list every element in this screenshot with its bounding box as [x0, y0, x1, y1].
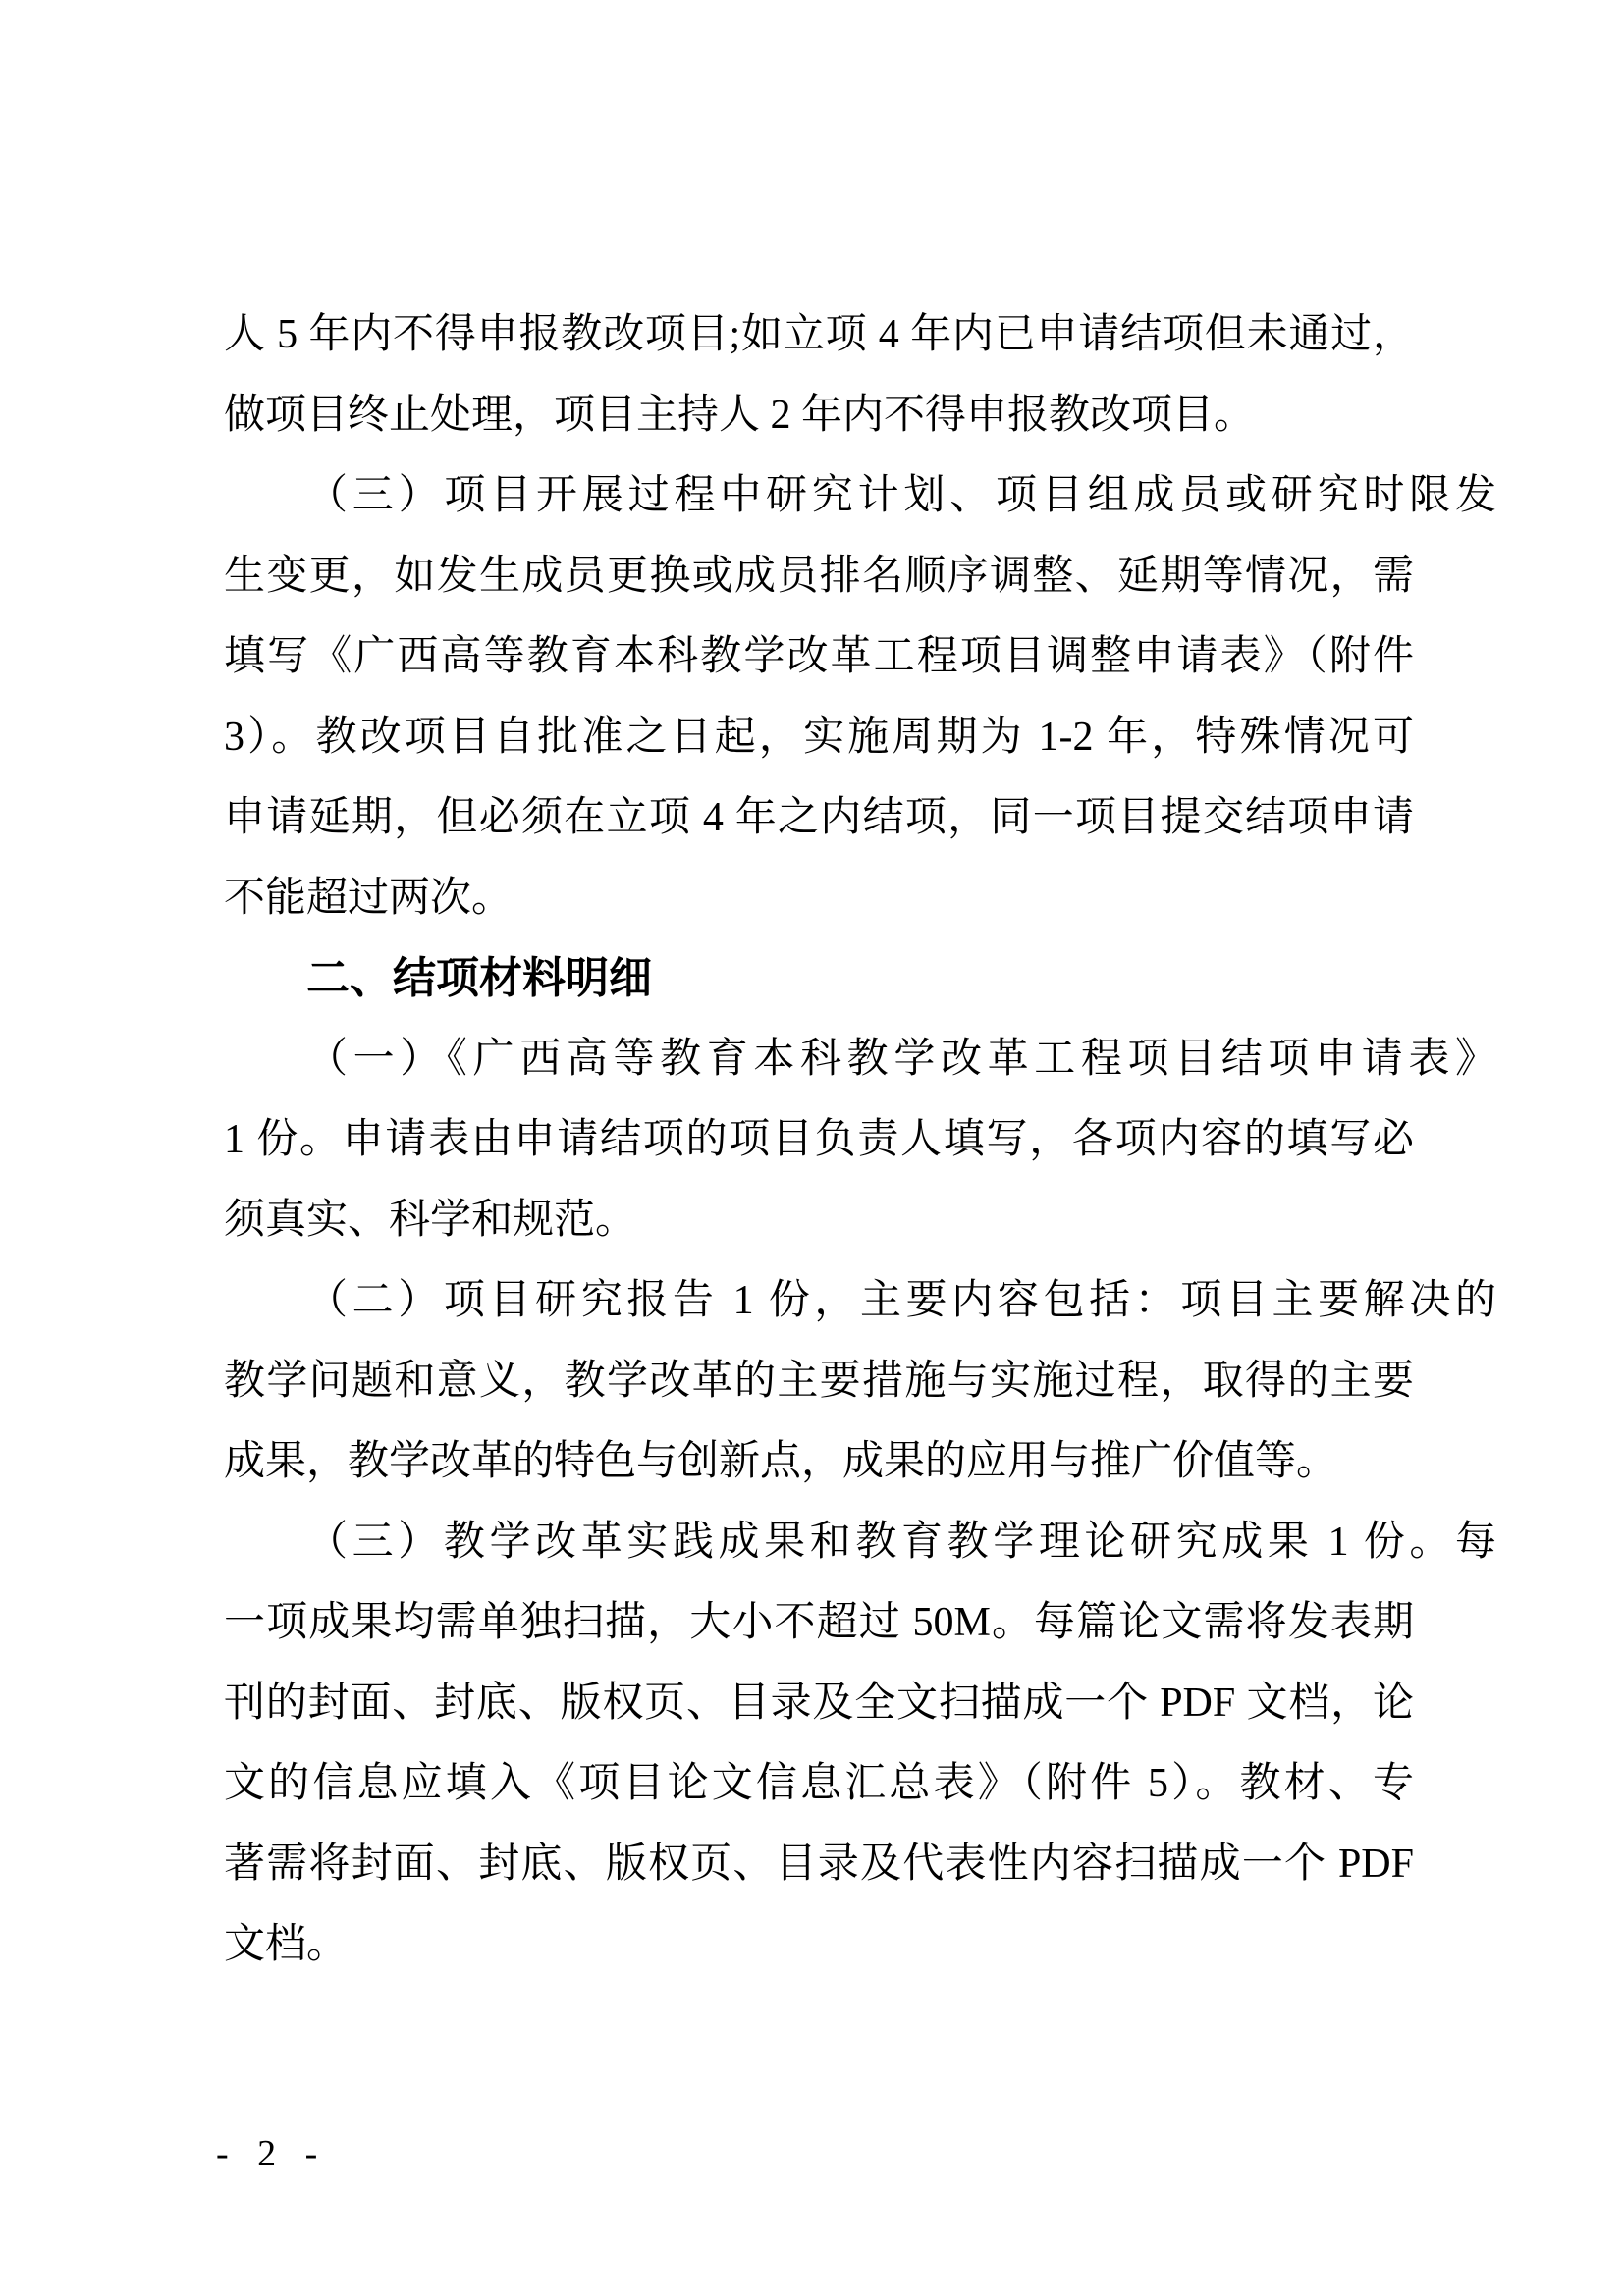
text-line: 教学问题和意义，教学改革的主要措施与实施过程，取得的主要	[224, 1341, 1414, 1421]
text-line: 生变更，如发生成员更换或成员排名顺序调整、延期等情况，需	[224, 536, 1414, 616]
paragraph: 人 5 年内不得申报教改项目;如立项 4 年内已申请结项但未通过，做项目终止处理…	[224, 294, 1414, 455]
text-line: 成果，教学改革的特色与创新点，成果的应用与推广价值等。	[224, 1421, 1414, 1502]
text-line: （一）《广西高等教育本科教学改革工程项目结项申请表》	[224, 1019, 1496, 1099]
text-line: 文档。	[224, 1904, 1414, 1985]
text-line: （二）项目研究报告 1 份，主要内容包括：项目主要解决的	[224, 1260, 1496, 1341]
document-page: 人 5 年内不得申报教改项目;如立项 4 年内已申请结项但未通过，做项目终止处理…	[0, 0, 1624, 2296]
paragraph: （三）项目开展过程中研究计划、项目组成员或研究时限发生变更，如发生成员更换或成员…	[224, 455, 1414, 938]
text-line: 人 5 年内不得申报教改项目;如立项 4 年内已申请结项但未通过，	[224, 294, 1414, 375]
text-line: 1 份。申请表由申请结项的项目负责人填写，各项内容的填写必	[224, 1099, 1414, 1180]
text-line: 填写《广西高等教育本科教学改革工程项目调整申请表》（附件	[224, 616, 1414, 697]
text-line: 申请延期，但必须在立项 4 年之内结项，同一项目提交结项申请	[224, 777, 1414, 858]
paragraph: （二）项目研究报告 1 份，主要内容包括：项目主要解决的教学问题和意义，教学改革…	[224, 1260, 1414, 1502]
paragraph: （三）教学改革实践成果和教育教学理论研究成果 1 份。每一项成果均需单独扫描，大…	[224, 1502, 1414, 1985]
text-line: 著需将封面、封底、版权页、目录及代表性内容扫描成一个 PDF	[224, 1824, 1414, 1904]
text-line: 不能超过两次。	[224, 858, 1414, 938]
text-line: 刊的封面、封底、版权页、目录及全文扫描成一个 PDF 文档，论	[224, 1663, 1414, 1743]
text-line: 一项成果均需单独扫描，大小不超过 50M。每篇论文需将发表期	[224, 1582, 1414, 1663]
text-line: 文的信息应填入《项目论文信息汇总表》（附件 5）。教材、专	[224, 1743, 1414, 1824]
text-line: （三）项目开展过程中研究计划、项目组成员或研究时限发	[224, 455, 1496, 536]
page-number: - 2 -	[216, 2132, 327, 2175]
text-line: 3）。教改项目自批准之日起，实施周期为 1-2 年，特殊情况可	[224, 697, 1414, 777]
document-body: 人 5 年内不得申报教改项目;如立项 4 年内已申请结项但未通过，做项目终止处理…	[224, 294, 1414, 1985]
text-line: （三）教学改革实践成果和教育教学理论研究成果 1 份。每	[224, 1502, 1496, 1582]
text-line: 须真实、科学和规范。	[224, 1180, 1414, 1260]
text-line: 做项目终止处理，项目主持人 2 年内不得申报教改项目。	[224, 375, 1414, 455]
paragraph: （一）《广西高等教育本科教学改革工程项目结项申请表》1 份。申请表由申请结项的项…	[224, 1019, 1414, 1260]
section-heading-text: 二、结项材料明细	[224, 938, 1496, 1019]
section-heading: 二、结项材料明细	[224, 938, 1414, 1019]
